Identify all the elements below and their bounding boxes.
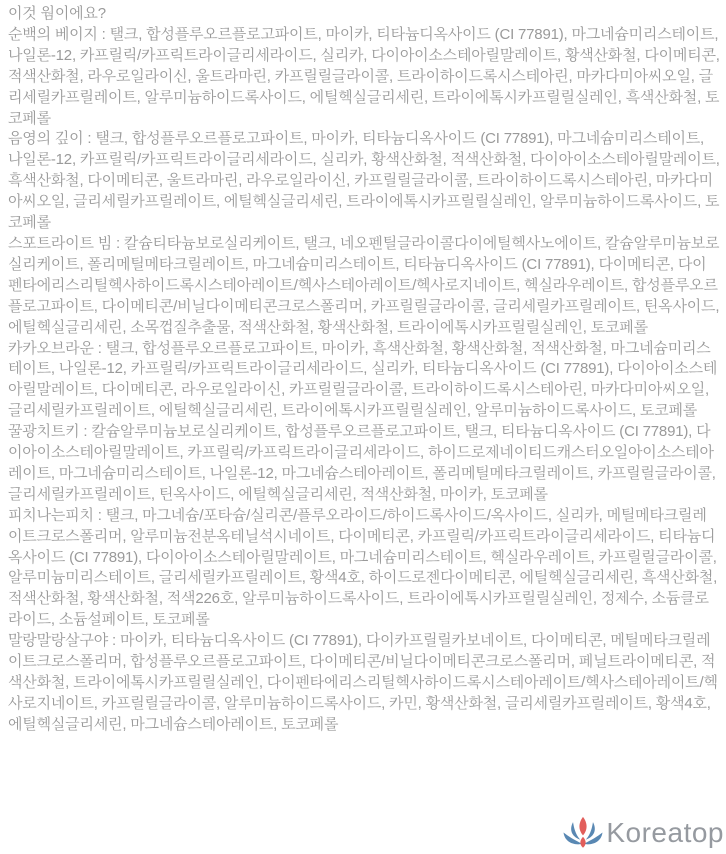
ingredient-section: 스포트라이트 빔 : 칼슘티타늄보로실리케이트, 탤크, 네오펜틸글라이콜다이에… (8, 234, 720, 339)
ingredient-section: 말랑말랑살구야 : 마이카, 티타늄디옥사이드 (CI 77891), 다이카프… (8, 631, 720, 736)
label-separator: : (112, 235, 124, 252)
ingredient-section: 카카오브라운 : 탤크, 합성플루오르플로고파이트, 마이카, 흑색산화철, 황… (8, 339, 720, 423)
shade-name: 꿀광치트키 (8, 423, 79, 440)
label-separator: : (94, 507, 106, 524)
ingredient-document: 이것 웜이에요? 순백의 베이지 : 탤크, 합성플루오르플로고파이트, 마이카… (8, 4, 720, 736)
shade-ingredients: 탤크, 합성플루오르플로고파이트, 마이카, 흑색산화철, 황색산화철, 적색산… (8, 340, 717, 420)
shade-name: 카카오브라운 (8, 340, 94, 357)
shade-name: 순백의 베이지 (8, 26, 98, 43)
ingredient-section: 피치나는피치 : 탤크, 마그네슘/포타슘/실리콘/플루오라이드/하이드록사이드… (8, 506, 720, 631)
shade-ingredients: 칼슘알루미늄보로실리케이트, 합성플루오르플로고파이트, 탤크, 티타늄디옥사이… (8, 423, 716, 503)
ingredient-section: 꿀광치트키 : 칼슘알루미늄보로실리케이트, 합성플루오르플로고파이트, 탤크,… (8, 422, 720, 506)
brand-name: Koreatop (606, 819, 724, 847)
label-separator: : (98, 26, 110, 43)
shade-ingredients: 탤크, 마그네슘/포타슘/실리콘/플루오라이드/하이드록사이드/옥사이드, 실리… (8, 507, 717, 629)
label-separator: : (83, 130, 95, 147)
koreatop-watermark: Koreatop (562, 814, 724, 852)
label-separator: : (94, 340, 106, 357)
shade-ingredients: 탤크, 합성플루오르플로고파이트, 마이카, 티타늄디옥사이드 (CI 7789… (8, 130, 720, 231)
intro-question: 이것 웜이에요? (8, 4, 720, 25)
lotus-icon (562, 814, 604, 852)
shade-name: 피치나는피치 (8, 507, 94, 524)
label-separator: : (108, 632, 120, 649)
shade-name: 스포트라이트 빔 (8, 235, 112, 252)
ingredient-section: 순백의 베이지 : 탤크, 합성플루오르플로고파이트, 마이카, 티타늄디옥사이… (8, 25, 720, 130)
ingredient-section: 음영의 깊이 : 탤크, 합성플루오르플로고파이트, 마이카, 티타늄디옥사이드… (8, 129, 720, 234)
shade-name: 말랑말랑살구야 (8, 632, 108, 649)
label-separator: : (79, 423, 91, 440)
shade-name: 음영의 깊이 (8, 130, 83, 147)
shade-ingredients: 탤크, 합성플루오르플로고파이트, 마이카, 티타늄디옥사이드 (CI 7789… (8, 26, 720, 127)
